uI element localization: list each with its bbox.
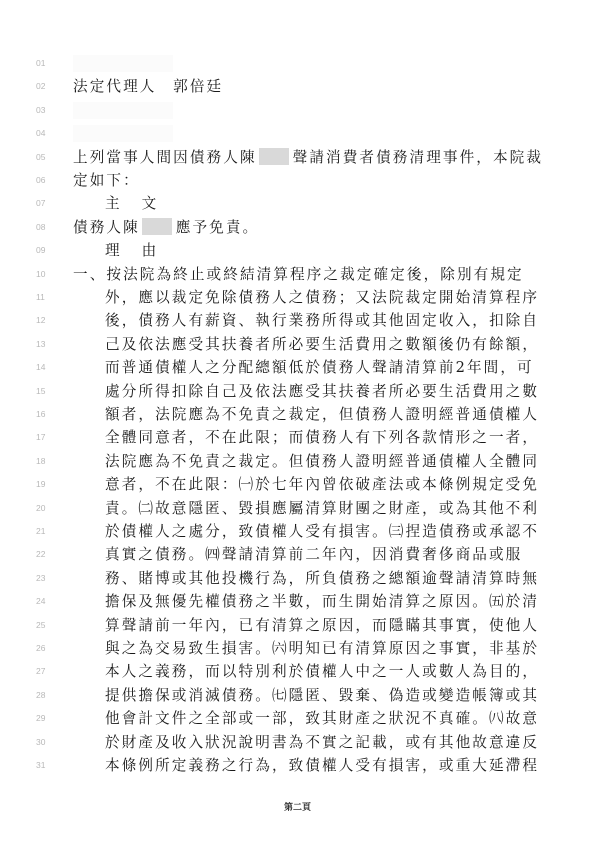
line-number: 15 xyxy=(36,386,56,396)
line-text: 提供擔保或消滅債務。㈦隱匿、毀棄、偽造或變造帳簿或其 xyxy=(105,684,539,707)
line-text: 後，債務人有薪資、執行業務所得或其他固定收入，扣除自 xyxy=(105,309,539,332)
document-line: 10一、按法院為終止或終結清算程序之裁定確定後，除別有規定 xyxy=(0,263,595,286)
line-number: 21 xyxy=(36,526,56,536)
line-text: 與之為交易致生損害。㈥明知已有清算原因之事實，非基於 xyxy=(105,637,539,660)
line-number: 10 xyxy=(36,269,56,279)
line-number: 13 xyxy=(36,339,56,349)
document-line: 01 xyxy=(0,52,595,75)
line-number: 25 xyxy=(36,620,56,630)
document-line: 17全體同意者，不在此限；而債務人有下列各款情形之一者， xyxy=(0,426,595,449)
heading-char: 文 xyxy=(142,195,157,212)
document-line: 12後，債務人有薪資、執行業務所得或其他固定收入，扣除自 xyxy=(0,309,595,332)
document-line: 07主文 xyxy=(0,192,595,215)
heading-char: 理 xyxy=(105,242,120,259)
heading-char: 由 xyxy=(142,242,157,259)
line-text: 真實之債務。㈣聲請清算前二年內，因消費奢侈商品或服 xyxy=(105,543,522,566)
section-heading: 主文 xyxy=(105,192,156,215)
document-line: 02法定代理人 郭倍廷 xyxy=(0,75,595,98)
line-text: 法院應為不免責之裁定。但債務人證明經普通債權人全體同 xyxy=(105,450,539,473)
line-number: 05 xyxy=(36,152,56,162)
line-number: 23 xyxy=(36,573,56,583)
document-page: 0102法定代理人 郭倍廷030405上列當事人間因債務人陳聲請消費者債務清理事… xyxy=(0,0,595,842)
document-line: 15處分所得扣除自己及依法應受其扶養者所必要生活費用之數 xyxy=(0,380,595,403)
document-line: 30於財產及收入狀況說明書為不實之記載，或有其他故意違反 xyxy=(0,731,595,754)
line-number: 26 xyxy=(36,643,56,653)
line-text: 一、按法院為終止或終結清算程序之裁定確定後，除別有規定 xyxy=(73,263,524,286)
document-line: 03 xyxy=(0,99,595,122)
document-line: 18法院應為不免責之裁定。但債務人證明經普通債權人全體同 xyxy=(0,450,595,473)
redacted-name-box xyxy=(142,218,172,235)
line-number: 29 xyxy=(36,713,56,723)
document-line: 29他會計文件之全部或一部，致其財產之狀況不真確。㈧故意 xyxy=(0,707,595,730)
line-number: 27 xyxy=(36,666,56,676)
line-number: 22 xyxy=(36,549,56,559)
document-line: 20責。㈡故意隱匿、毀損應屬清算財團之財產，或為其他不利 xyxy=(0,497,595,520)
redacted-name-box xyxy=(259,148,289,165)
document-line: 28提供擔保或消滅債務。㈦隱匿、毀棄、偽造或變造帳簿或其 xyxy=(0,684,595,707)
document-line: 26與之為交易致生損害。㈥明知已有清算原因之事實，非基於 xyxy=(0,637,595,660)
page-number: 第二頁 xyxy=(0,800,595,813)
document-line: 21於債權人之處分，致債權人受有損害。㈢捏造債務或承認不 xyxy=(0,520,595,543)
text-after-redaction: 應予免責。 xyxy=(176,219,259,236)
text-after-redaction: 聲請消費者債務清理事件，本院裁 xyxy=(293,149,543,166)
document-line: 23務、賭博或其他投機行為，所負債務之總額逾聲請清算時無 xyxy=(0,567,595,590)
line-text: 全體同意者，不在此限；而債務人有下列各款情形之一者， xyxy=(105,426,539,449)
line-text: 額者，法院應為不免責之裁定，但債務人證明經普通債權人 xyxy=(105,403,539,426)
line-number: 01 xyxy=(36,58,56,68)
line-text: 本人之義務，而以特別利於債權人中之一人或數人為目的， xyxy=(105,660,539,683)
section-heading: 理由 xyxy=(105,239,156,262)
line-number: 31 xyxy=(36,760,56,770)
line-number: 28 xyxy=(36,690,56,700)
line-text: 意者，不在此限：㈠於七年內曾依破產法或本條例規定受免 xyxy=(105,473,539,496)
line-text: 債務人陳應予免責。 xyxy=(73,216,259,239)
line-number: 02 xyxy=(36,81,56,91)
line-text: 外，應以裁定免除債務人之債務；又法院裁定開始清算程序 xyxy=(105,286,539,309)
line-number: 04 xyxy=(36,128,56,138)
line-text: 而普通債權人之分配總額低於債務人聲請清算前2年間，可 xyxy=(105,356,534,379)
document-line: 31本條例所定義務之行為，致債權人受有損害，或重大延滯程 xyxy=(0,754,595,777)
document-line: 14而普通債權人之分配總額低於債務人聲請清算前2年間，可 xyxy=(0,356,595,379)
line-number: 19 xyxy=(36,479,56,489)
document-line: 08債務人陳應予免責。 xyxy=(0,216,595,239)
line-number: 06 xyxy=(36,175,56,185)
line-text: 己及依法應受其扶養者所必要生活費用之數額後仍有餘額， xyxy=(105,333,539,356)
document-line: 25算聲請前一年內，已有清算之原因，而隱瞞其事實，使他人 xyxy=(0,614,595,637)
line-text: 務、賭博或其他投機行為，所負債務之總額逾聲請清算時無 xyxy=(105,567,539,590)
line-number: 24 xyxy=(36,596,56,606)
document-line: 05上列當事人間因債務人陳聲請消費者債務清理事件，本院裁 xyxy=(0,146,595,169)
line-text: 上列當事人間因債務人陳聲請消費者債務清理事件，本院裁 xyxy=(73,146,543,169)
document-line: 16額者，法院應為不免責之裁定，但債務人證明經普通債權人 xyxy=(0,403,595,426)
line-number: 17 xyxy=(36,432,56,442)
line-text: 擔保及無優先權債務之半數，而生開始清算之原因。㈤於清 xyxy=(105,590,539,613)
line-number: 11 xyxy=(36,292,56,302)
line-text: 於財產及收入狀況說明書為不實之記載，或有其他故意違反 xyxy=(105,731,539,754)
line-text: 算聲請前一年內，已有清算之原因，而隱瞞其事實，使他人 xyxy=(105,614,539,637)
line-number: 18 xyxy=(36,456,56,466)
line-number: 30 xyxy=(36,737,56,747)
document-line: 09理由 xyxy=(0,239,595,262)
line-number: 03 xyxy=(36,105,56,115)
line-number: 09 xyxy=(36,245,56,255)
document-line: 19意者，不在此限：㈠於七年內曾依破產法或本條例規定受免 xyxy=(0,473,595,496)
text-before-redaction: 債務人陳 xyxy=(73,219,140,236)
line-text: 本條例所定義務之行為，致債權人受有損害，或重大延滯程 xyxy=(105,754,539,777)
document-line: 24擔保及無優先權債務之半數，而生開始清算之原因。㈤於清 xyxy=(0,590,595,613)
line-text: 責。㈡故意隱匿、毀損應屬清算財團之財產，或為其他不利 xyxy=(105,497,539,520)
blurred-region xyxy=(73,55,173,72)
document-line: 04 xyxy=(0,122,595,145)
line-text: 於債權人之處分，致債權人受有損害。㈢捏造債務或承認不 xyxy=(105,520,539,543)
document-line: 27本人之義務，而以特別利於債權人中之一人或數人為目的， xyxy=(0,660,595,683)
document-line: 06定如下： xyxy=(0,169,595,192)
line-number: 12 xyxy=(36,315,56,325)
blurred-region xyxy=(73,125,173,142)
text-before-redaction: 上列當事人間因債務人陳 xyxy=(73,149,257,166)
document-line: 11外，應以裁定免除債務人之債務；又法院裁定開始清算程序 xyxy=(0,286,595,309)
line-text: 法定代理人 郭倍廷 xyxy=(73,75,223,98)
line-number: 20 xyxy=(36,503,56,513)
document-line: 13己及依法應受其扶養者所必要生活費用之數額後仍有餘額， xyxy=(0,333,595,356)
line-number: 08 xyxy=(36,222,56,232)
blurred-region xyxy=(73,102,173,119)
line-text: 處分所得扣除自己及依法應受其扶養者所必要生活費用之數 xyxy=(105,380,539,403)
line-text: 定如下： xyxy=(73,169,140,192)
line-number: 16 xyxy=(36,409,56,419)
document-line: 22真實之債務。㈣聲請清算前二年內，因消費奢侈商品或服 xyxy=(0,543,595,566)
line-number: 14 xyxy=(36,362,56,372)
line-text: 他會計文件之全部或一部，致其財產之狀況不真確。㈧故意 xyxy=(105,707,539,730)
heading-char: 主 xyxy=(105,195,120,212)
line-number: 07 xyxy=(36,198,56,208)
